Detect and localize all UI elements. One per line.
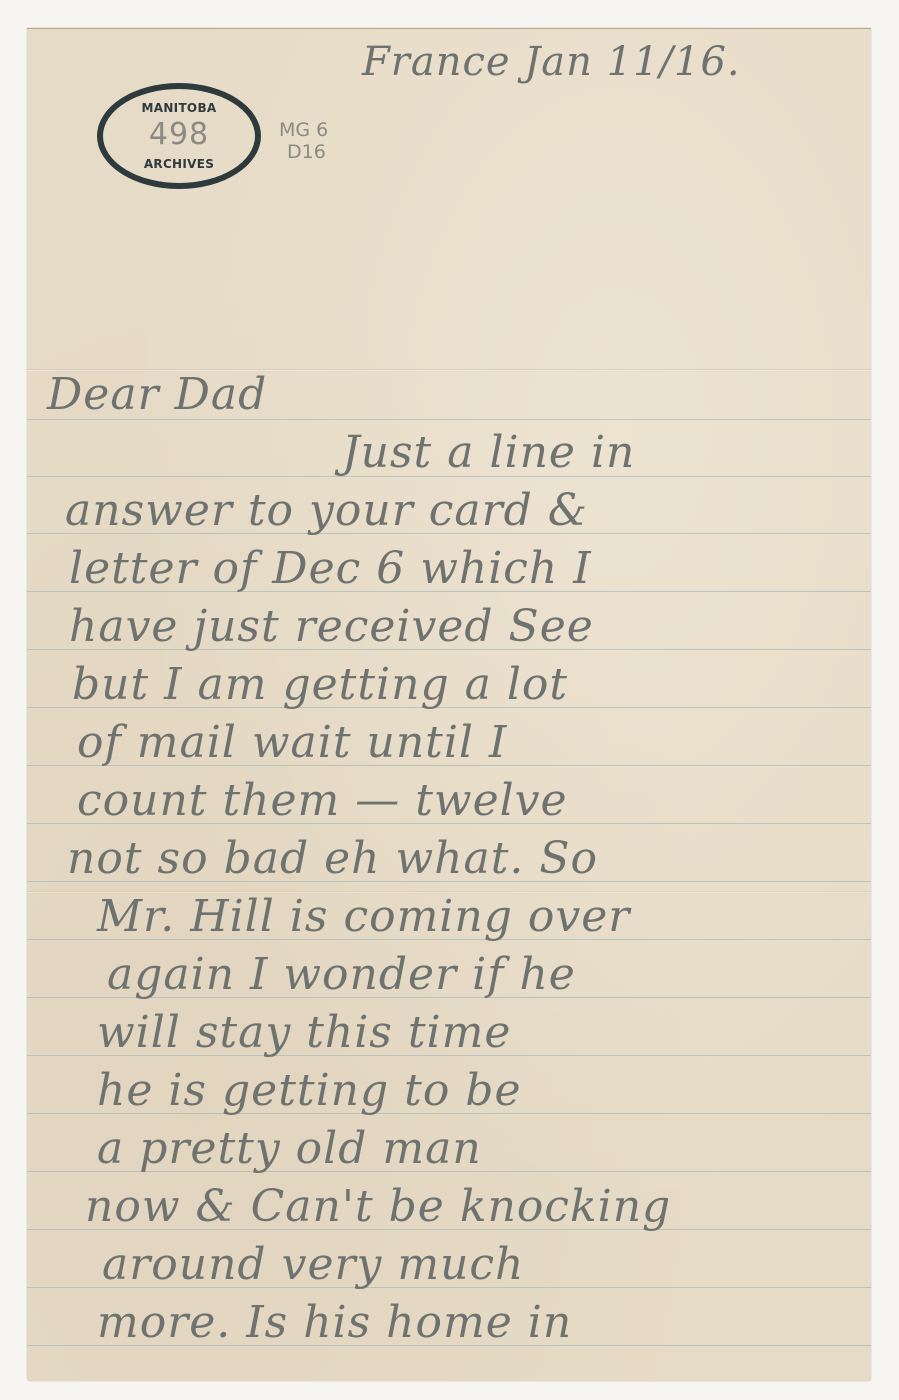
letter-line: now & Can't be knocking — [85, 1181, 671, 1232]
letter-line: have just received See — [69, 601, 594, 652]
letter-line: answer to your card & — [65, 485, 588, 536]
letter-line: he is getting to be — [97, 1065, 522, 1116]
salutation: Dear Dad — [47, 369, 267, 420]
letter-line: again I wonder if he — [107, 949, 576, 1000]
archive-reference: MG 6 D16 — [279, 119, 328, 163]
letter-line: Just a line in — [342, 427, 635, 478]
letter-line: around very much — [102, 1239, 524, 1290]
letter-line: will stay this time — [97, 1007, 511, 1058]
letter-page: MANITOBA 498 ARCHIVES MG 6 D16 France Ja… — [27, 28, 871, 1381]
letter-line: of mail wait until I — [77, 717, 507, 768]
stamp-institution: MANITOBA — [103, 101, 255, 115]
reference-line-1: MG 6 — [279, 119, 328, 141]
reference-line-2: D16 — [279, 141, 328, 163]
letter-line: a pretty old man — [97, 1123, 482, 1174]
letter-line: letter of Dec 6 which I — [69, 543, 592, 594]
dateline: France Jan 11/16. — [362, 39, 741, 85]
letter-line: more. Is his home in — [97, 1297, 572, 1348]
letter-line: Mr. Hill is coming over — [97, 891, 630, 942]
stamp-number: 498 — [103, 117, 255, 152]
archive-stamp: MANITOBA 498 ARCHIVES — [97, 83, 261, 189]
stamp-label: ARCHIVES — [103, 157, 255, 171]
letter-line: not so bad eh what. So — [67, 833, 598, 884]
letter-line: but I am getting a lot — [72, 659, 568, 710]
letter-line: count them — twelve — [77, 775, 568, 826]
